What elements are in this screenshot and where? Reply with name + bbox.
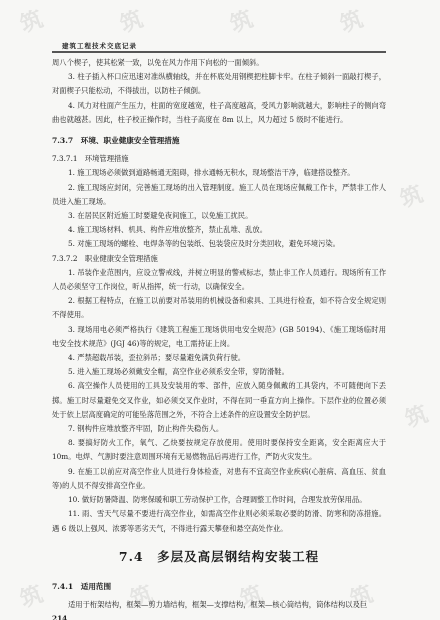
header-rule xyxy=(52,51,386,53)
list-item: 8. 要搞好防火工作，氧气、乙炔要按规定存放使用。使用时要保持安全距离，安全距离… xyxy=(52,436,386,464)
watermark: 筑 xyxy=(15,2,46,39)
page-body: 周八个楔子，使其松紧一致，以免在风力作用下向松的一面倾斜。 3. 柱子插入杯口应… xyxy=(52,56,386,620)
list-item: 3. 现场用电必须严格执行《建筑工程施工现场供用电安全规范》(GB 50194)… xyxy=(52,323,386,351)
subsection-heading-7-3-7-1: 7.3.7.1 环境管理措施 xyxy=(52,152,386,166)
list-item: 11. 雨、雪天气尽量不要进行高空作业，如需高空作业则必须采取必要的防滑、防寒和… xyxy=(52,507,386,535)
list-item: 10. 做好防暑降温、防寒保暖和职工劳动保护工作，合理调整工作时间，合理发放劳保… xyxy=(52,493,386,507)
section-heading-7-4-1: 7.4.1 适用范围 xyxy=(52,580,386,594)
list-item: 1. 施工现场必须做到道路畅通无阻碍，排水通畅无积水，现场整洁干净，临建搭设整齐… xyxy=(52,166,386,180)
subsection-heading-7-3-7-2: 7.3.7.2 职业健康安全管理措施 xyxy=(52,252,386,266)
watermark: 筑 xyxy=(115,2,146,39)
section-heading-7-3-7: 7.3.7 环境、职业健康安全管理措施 xyxy=(52,134,386,148)
list-item: 4. 严禁超载吊装，歪拉斜吊；要尽量避免满负荷行驶。 xyxy=(52,351,386,365)
chapter-heading-7-4: 7.4 多层及高层钢结构安装工程 xyxy=(52,550,386,564)
watermark: 筑 xyxy=(225,2,256,39)
list-item: 4. 施工现场材料、机具、构件应堆放整齐，禁止乱堆、乱放。 xyxy=(52,223,386,237)
paragraph: 适用于桁架结构，框架—剪力墙结构，框架—支撑结构，框架—核心筒结构，筒体结构以及… xyxy=(52,598,386,612)
paragraph: 3. 柱子插入杯口应迅速对准纵横轴线，并在杯底处用钢楔把柱脚卡牢。在柱子倾斜一面… xyxy=(52,70,386,98)
list-item: 2. 施工现场应封闭，完善施工现场的出入管理制度。施工人员在现场应佩戴工作卡，严… xyxy=(52,181,386,209)
list-item: 2. 根据工程特点，在施工以前要对吊装用的机械设备和索具、工具进行检查，如不符合… xyxy=(52,294,386,322)
list-item: 5. 对施工现场的螺栓、电焊条等的包装纸、包装袋应及时分类回收，避免环境污染。 xyxy=(52,237,386,251)
page-number: 214 xyxy=(52,612,386,620)
list-item: 1. 吊装作业范围内，应设立警戒线，并树立明显的警戒标志，禁止非工作人员通行。现… xyxy=(52,266,386,294)
list-item: 6. 高空操作人员使用的工具及安装用的零、部件，应放入随身佩戴的工具袋内，不可随… xyxy=(52,379,386,422)
watermark: 筑 xyxy=(400,397,431,434)
watermark: 筑 xyxy=(15,577,46,614)
watermark: 筑 xyxy=(335,2,366,39)
running-head: 建筑工程技术交底记录 xyxy=(62,41,137,50)
list-item: 9. 在施工以前应对高空作业人员进行身体检查，对患有不宜高空作业疾病(心脏病、高… xyxy=(52,465,386,493)
watermark: 筑 xyxy=(395,177,426,214)
list-item: 7. 钢构件应堆放整齐牢固，防止构件失稳伤人。 xyxy=(52,422,386,436)
paragraph: 4. 风力对柱面产生压力，柱面的宽度越宽，柱子高度越高，受风力影响就越大，影响柱… xyxy=(52,99,386,127)
paragraph: 周八个楔子，使其松紧一致，以免在风力作用下向松的一面倾斜。 xyxy=(52,56,386,70)
list-item: 5. 进入施工现场必须戴安全帽，高空作业必须系安全带，穿防滑鞋。 xyxy=(52,365,386,379)
list-item: 3. 在居民区附近施工时要避免夜间施工，以免施工扰民。 xyxy=(52,209,386,223)
